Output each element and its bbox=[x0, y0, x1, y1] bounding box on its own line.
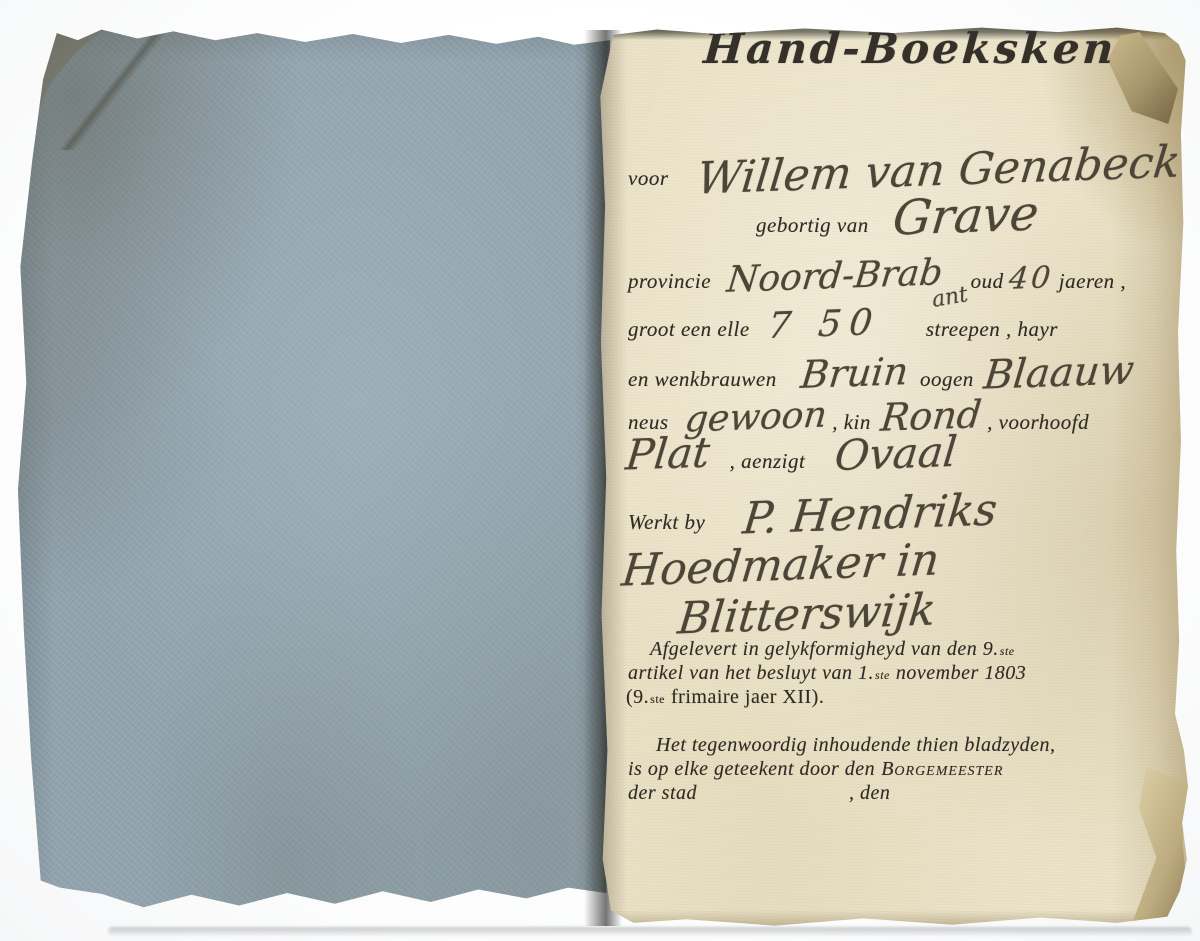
handwritten-forehead: Plat bbox=[624, 432, 712, 475]
handwritten-face: Ovaal bbox=[833, 432, 959, 476]
page-content: Hand-Boeksken voor Willem van Genabeck g… bbox=[598, 24, 1188, 932]
label-provincie: provincie bbox=[628, 269, 711, 294]
legal-line-1-text: Afgelevert in gelykformigheyd van den 9. bbox=[650, 638, 999, 661]
handwritten-brows: Bruin bbox=[799, 353, 910, 393]
province-age-line: provincie Noord-Brab ant oud 40 jaeren , bbox=[628, 260, 1126, 294]
left-page-fold-crease bbox=[40, 30, 190, 150]
forehead-face-line: Plat , aenzigt Ovaal bbox=[626, 434, 957, 474]
legal-line-2-text: artikel van het besluyt van 1. bbox=[628, 662, 874, 685]
label-werkt-by: Werkt by bbox=[628, 510, 705, 535]
handwritten-age: 40 bbox=[1007, 264, 1054, 294]
birthplace-line: gebortig van Grave bbox=[756, 194, 1038, 240]
legal-line-3-text-end: frimaire jaer XII). bbox=[671, 686, 824, 709]
handwritten-place: Blitterswijk bbox=[676, 589, 938, 640]
label-voorhoofd: , voorhoofd bbox=[987, 410, 1089, 435]
employer-line-3: Blitterswijk bbox=[678, 594, 936, 636]
label-jaeren: jaeren , bbox=[1059, 269, 1126, 294]
handwritten-eyes: Blaauw bbox=[982, 351, 1136, 394]
legal-text-line-1: Afgelevert in gelykformigheyd van den 9.… bbox=[650, 638, 1015, 661]
label-en-wenkbrauwen: en wenkbrauwen bbox=[628, 367, 777, 392]
legal-line-3-text: (9. bbox=[626, 686, 649, 709]
footer-line-2: is op elke geteekent door den Borgemeest… bbox=[628, 758, 1003, 781]
brows-eyes-line: en wenkbrauwen Bruin oogen Blaauw bbox=[628, 354, 1134, 392]
booklet-title: Hand-Boeksken bbox=[596, 24, 1189, 73]
label-gebortig-van: gebortig van bbox=[756, 213, 869, 238]
label-groot-een-elle: groot een elle bbox=[628, 317, 750, 342]
legal-text-line-2: artikel van het besluyt van 1.ste novemb… bbox=[628, 662, 1026, 685]
handwritten-height: 7 50 bbox=[766, 306, 882, 344]
scan-shadow bbox=[108, 927, 1192, 936]
legal-text-line-3: (9.ste frimaire jaer XII). bbox=[626, 686, 824, 709]
handwritten-employer: P. Hendriks bbox=[741, 489, 999, 540]
name-line: voor Willem van Genabeck bbox=[628, 150, 1180, 192]
label-voor: voor bbox=[628, 166, 669, 191]
footer-line-1-text: Het tegenwoordig inhoudende thien bladzy… bbox=[656, 734, 1056, 757]
right-form-page: Hand-Boeksken voor Willem van Genabeck g… bbox=[598, 24, 1188, 932]
employer-line: Werkt by P. Hendriks bbox=[628, 494, 997, 536]
label-aenzigt: , aenzigt bbox=[730, 449, 806, 474]
employer-line-2: Hoedmaker in bbox=[622, 545, 939, 587]
handwritten-occupation: Hoedmaker in bbox=[620, 539, 941, 592]
left-cover-page bbox=[12, 26, 610, 918]
legal-line-2-text-end: november 1803 bbox=[896, 662, 1026, 685]
footer-borgemeester: Borgemeester bbox=[881, 758, 1003, 781]
height-line: groot een elle 7 50 streepen , hayr bbox=[628, 308, 1058, 342]
handwritten-province: Noord-Brab bbox=[725, 256, 944, 298]
footer-line-2-text: is op elke geteekent door den bbox=[628, 758, 875, 781]
footer-line-1: Het tegenwoordig inhoudende thien bladzy… bbox=[656, 734, 1056, 757]
footer-den: , den bbox=[849, 782, 890, 805]
label-streepen-hayr: streepen , hayr bbox=[926, 317, 1058, 342]
scanned-booklet-spread: Hand-Boeksken voor Willem van Genabeck g… bbox=[0, 0, 1200, 941]
label-oud: oud bbox=[971, 269, 1004, 294]
handwritten-birthplace: Grave bbox=[890, 191, 1040, 242]
footer-der-stad: der stad bbox=[628, 782, 697, 805]
footer-line-3: der stad , den bbox=[628, 782, 890, 805]
label-oogen: oogen bbox=[920, 367, 974, 392]
